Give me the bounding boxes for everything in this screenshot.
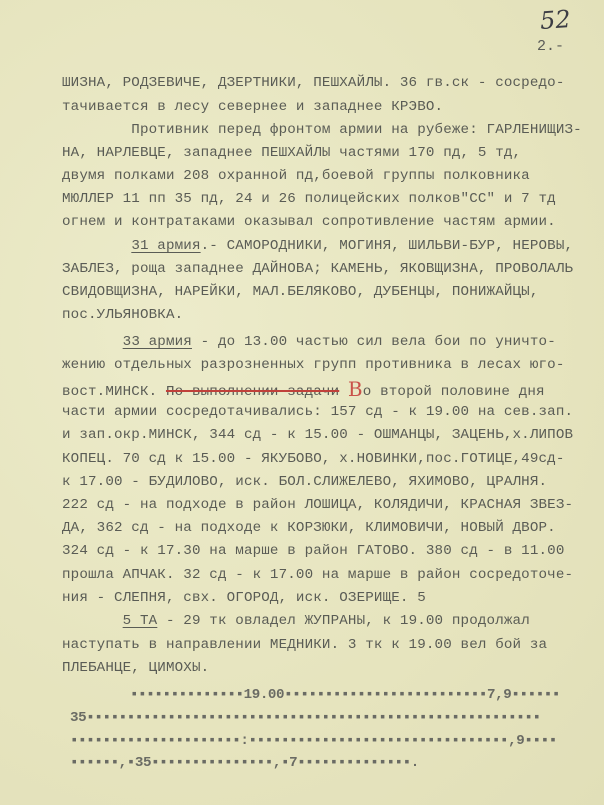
text-line: прошла АПЧАК. 32 сд - к 17.00 на марше в… (62, 566, 573, 584)
redacted-line: ▪▪▪▪▪▪▪▪▪▪▪▪▪▪▪▪▪▪▪▪▪:▪▪▪▪▪▪▪▪▪▪▪▪▪▪▪▪▪▪… (70, 732, 557, 750)
text-line: двумя полками 208 охранной пд,боевой гру… (62, 167, 530, 185)
text-line: ШИЗНА, РОДЗЕВИЧЕ, ДЗЕРТНИКИ, ПЕШХАЙЛЫ. 3… (62, 74, 565, 92)
redacted-line: ▪▪▪▪▪▪▪▪▪▪▪▪▪▪19.00▪▪▪▪▪▪▪▪▪▪▪▪▪▪▪▪▪▪▪▪▪… (130, 686, 560, 704)
text-line: ЗАБЛЕЗ, роща западнее ДАЙНОВА; КАМЕНЬ, Я… (62, 260, 573, 278)
redacted-line: 35▪▪▪▪▪▪▪▪▪▪▪▪▪▪▪▪▪▪▪▪▪▪▪▪▪▪▪▪▪▪▪▪▪▪▪▪▪▪… (70, 709, 541, 727)
text-line: НА, НАРЛЕВЦЕ, западнее ПЕШХАЙЛЫ частями … (62, 144, 521, 162)
army31-first-line: 31 армия.- САМОРОДНИКИ, МОГИНЯ, ШИЛЬВИ-Б… (62, 237, 573, 255)
text-line: огнем и контратаками оказывал сопротивле… (62, 213, 556, 231)
text-line: 324 сд - к 17.30 на марше в район ГАТОВО… (62, 542, 565, 560)
redacted-line: ▪▪▪▪▪▪,▪35▪▪▪▪▪▪▪▪▪▪▪▪▪▪▪,▪7▪▪▪▪▪▪▪▪▪▪▪▪… (70, 754, 419, 772)
ta5-heading: 5 ТА (123, 613, 158, 629)
text-line: и зап.окр.МИНСК, 344 сд - к 15.00 - ОШМА… (62, 426, 573, 444)
struck-through-text: По выполнении задачи (166, 384, 339, 400)
handwritten-correction: В (348, 377, 363, 401)
text-line: тачивается в лесу севернее и западнее КР… (62, 98, 443, 116)
text-line: части армии сосредотачивались: 157 сд - … (62, 403, 573, 421)
text-line: ния - СЛЕПНЯ, свх. ОГОРОД, иск. ОЗЕРИЩЕ.… (62, 589, 426, 607)
archival-document-page: 52 2.- ШИЗНА, РОДЗЕВИЧЕ, ДЗЕРТНИКИ, ПЕШХ… (0, 0, 604, 805)
text-line: СВИДОВЩИЗНА, НАРЕЙКИ, МАЛ.БЕЛЯКОВО, ДУБЕ… (62, 283, 539, 301)
ta5-first-line: 5 ТА - 29 тк овладел ЖУПРАНЫ, к 19.00 пр… (62, 612, 530, 630)
text-line: жению отдельных разрозненных групп проти… (62, 356, 565, 374)
army33-heading: 33 армия (123, 334, 192, 350)
handwritten-folio-number: 52 (539, 5, 571, 35)
army31-heading: 31 армия (131, 238, 200, 254)
army33-first-line: 33 армия - до 13.00 частью сил вела бои … (62, 333, 556, 351)
text-line: ПЛЕБАНЦЕ, ЦИМОХЫ. (62, 659, 209, 677)
text-line: 222 сд - на подходе в район ЛОШИЦА, КОЛЯ… (62, 496, 573, 514)
text-line: наступать в направлении МЕДНИКИ. 3 тк к … (62, 636, 547, 654)
page-number: 2.- (537, 38, 564, 55)
corrected-line: вост.МИНСК. По выполнении задачи Во втор… (62, 379, 545, 401)
text-line: КОПЕЦ. 70 сд к 15.00 - ЯКУБОВО, х.НОВИНК… (62, 450, 565, 468)
text-line: МЮЛЛЕР 11 пп 35 пд, 24 и 26 полицейских … (62, 190, 556, 208)
text-line: ДА, 362 сд - на подходе к КОРЗЮКИ, КЛИМО… (62, 519, 556, 537)
text-line: Противник перед фронтом армии на рубеже:… (62, 121, 582, 139)
text-line: пос.УЛЬЯНОВКА. (62, 306, 183, 324)
text-line: к 17.00 - БУДИЛОВО, иск. БОЛ.СЛИЖЕЛЕВО, … (62, 473, 547, 491)
